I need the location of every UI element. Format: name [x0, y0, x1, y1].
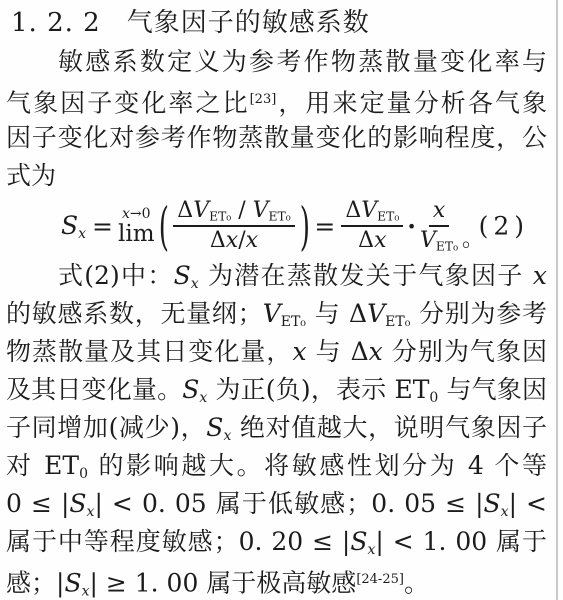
multiplication-dot: ·: [407, 212, 416, 241]
subscript-text: x: [191, 276, 199, 292]
math-variable: S: [69, 489, 86, 518]
text-segment: 与气象因: [438, 375, 547, 404]
math-variable: x: [122, 206, 130, 222]
paragraph-2-line-3: 物蒸散量及其日变化量，x 与 Δx 分别为气象因子: [6, 333, 547, 371]
text-segment: Δ: [210, 228, 226, 253]
math-variable: x: [374, 228, 386, 253]
text-segment: 。: [404, 568, 429, 597]
math-variable: V: [361, 198, 377, 223]
subscript-text: ET₀: [269, 209, 291, 223]
text-segment: 对 ET: [6, 451, 79, 480]
text-segment: 属于中等程度敏感；0. 20 ≤ |: [6, 527, 350, 556]
fraction-denominator: Δx/x: [210, 227, 258, 254]
math-variable: V: [253, 198, 269, 223]
equation-2: Sx = x→0 lim ( ΔVET₀ / VET₀ Δx/x ) = ΔVE…: [6, 195, 547, 257]
paragraph-2-line-7: 0 ≤ |Sx| < 0. 05 属于低敏感；0. 05 ≤ |Sx| < 0.…: [6, 485, 547, 523]
text-segment: ，用来定量分析各气象: [276, 88, 547, 117]
subscript-text: x: [501, 504, 509, 520]
fraction-denominator: Δx: [358, 227, 386, 254]
math-variable: S: [182, 375, 199, 404]
text-segment: 物蒸散量及其日变化量，: [6, 337, 292, 366]
paragraph-1-line-4: 式为: [6, 157, 547, 195]
text-segment: 的影响越大。将敏感性划分为 4 个等级：: [6, 451, 547, 485]
text-segment: Δ: [177, 198, 193, 223]
column-divider-line: [556, 0, 558, 600]
math-variable: S: [206, 413, 223, 442]
text-segment: 绝对值越大，说明气象因子: [231, 413, 547, 442]
left-parenthesis: (: [158, 196, 168, 255]
text-segment: 为正(负)，表示 ET: [207, 375, 429, 404]
equation-number: (2): [479, 212, 529, 241]
fraction-numerator: x: [429, 198, 449, 227]
paragraph-2-line-4: 及其日变化量。Sx 为正(负)，表示 ET0 与气象因: [6, 371, 547, 409]
limit-operator: x→0 lim: [118, 207, 155, 246]
text-segment: 子同增加(减少)，: [6, 413, 206, 442]
paragraph-1-line-2: 气象因子变化率之比[23]，用来定量分析各气象: [6, 81, 547, 119]
paragraph-1-line-1: 敏感系数定义为参考作物蒸散量变化率与: [6, 43, 547, 81]
subscript-text: ET₀: [385, 314, 410, 330]
reference-superscript: [24-25]: [356, 572, 404, 587]
math-variable: x: [433, 198, 445, 223]
subscript-text: x: [78, 225, 86, 241]
text-segment: 式(2)中：: [58, 261, 174, 290]
fraction-denominator: VET₀: [420, 227, 458, 254]
paragraph-2-line-8: 属于中等程度敏感；0. 20 ≤ |Sx| < 1. 00 属于高敏: [6, 523, 547, 561]
right-parenthesis: ): [299, 196, 309, 255]
text-segment: | ≥ 1. 00 属于极高敏感: [89, 568, 356, 597]
math-variable: x: [226, 228, 238, 253]
text-segment: 因子变化对参考作物蒸散量变化的影响程度，公: [6, 123, 547, 152]
math-variable: x: [533, 261, 547, 290]
math-variable: x: [246, 228, 258, 253]
text-segment: Δ: [345, 198, 361, 223]
paragraph-2-line-1: 式(2)中：Sx 为潜在蒸散发关于气象因子 x: [6, 257, 547, 295]
section-heading: 1. 2. 2气象因子的敏感系数: [6, 3, 547, 43]
math-variable: V: [367, 299, 385, 328]
math-variable: V: [263, 299, 281, 328]
paragraph-2-line-6: 对 ET0 的影响越大。将敏感性划分为 4 个等级：: [6, 447, 547, 485]
subscript-text: ET₀: [377, 209, 399, 223]
fraction-relative-ratio: ΔVET₀ / VET₀ Δx/x: [173, 198, 294, 254]
math-variable: S: [174, 261, 191, 290]
limit-superscript: x→0: [122, 207, 151, 221]
text-segment: /: [231, 198, 252, 223]
math-variable: x: [369, 337, 383, 366]
text-segment: Δ: [358, 228, 374, 253]
paragraph-2-line-5: 子同增加(减少)，Sx 绝对值越大，说明气象因子: [6, 409, 547, 447]
math-variable: S: [484, 489, 501, 518]
math-variable: S: [350, 527, 367, 556]
subscript-text: ET₀: [281, 314, 306, 330]
text-segment: →0: [130, 206, 151, 222]
text-segment: 及其日变化量。: [6, 375, 182, 404]
text-segment: 与 Δ: [306, 299, 367, 328]
subscript-text: ET₀: [436, 239, 458, 253]
equals-sign: =: [92, 212, 113, 241]
text-segment: 气象因子变化率之比: [6, 88, 250, 117]
math-variable: S: [64, 568, 81, 597]
equals-sign: =: [314, 212, 335, 241]
math-variable: S: [61, 211, 78, 240]
text-segment: /: [238, 228, 245, 253]
math-variable: V: [193, 198, 209, 223]
subscript-text: 0: [429, 390, 438, 406]
subscript-text: 0: [79, 466, 88, 482]
subscript-text: ET₀: [209, 209, 231, 223]
text-segment: 的敏感系数，无量纲；: [6, 299, 263, 328]
text-segment: 敏感系数定义为参考作物蒸散量变化率与: [58, 47, 547, 76]
paragraph-1-line-3: 因子变化对参考作物蒸散量变化的影响程度，公: [6, 119, 547, 157]
text-segment: 0 ≤ |: [6, 489, 69, 518]
section-number: 1. 2. 2: [11, 8, 101, 38]
math-variable: V: [420, 228, 436, 253]
text-segment: 式为: [6, 161, 56, 190]
fraction-numerator: ΔVET₀ / VET₀: [173, 198, 294, 227]
reference-superscript: [23]: [250, 92, 277, 107]
text-segment: 感；|: [6, 568, 64, 597]
paragraph-2-line-9: 感；|Sx| ≥ 1. 00 属于极高敏感[24-25]。: [6, 561, 547, 599]
text-segment: | < 0. 05 属于低敏感；0. 05 ≤ |: [94, 489, 483, 518]
equation-lhs-sx: Sx: [61, 211, 86, 242]
text-segment: 为潜在蒸散发关于气象因子: [199, 261, 533, 290]
section-title: 气象因子的敏感系数: [127, 8, 370, 38]
math-variable: x: [292, 337, 306, 366]
paragraph-2-line-2: 的敏感系数，无量纲；VET₀ 与 ΔVET₀ 分别为参考作: [6, 295, 547, 333]
text-segment: 与 Δ: [307, 337, 369, 366]
paper-page: 1. 2. 2气象因子的敏感系数 敏感系数定义为参考作物蒸散量变化率与 气象因子…: [0, 0, 563, 600]
fraction-delta-v: ΔVET₀ Δx: [341, 198, 403, 254]
fraction-numerator: ΔVET₀: [341, 198, 403, 227]
limit-word: lim: [118, 223, 155, 246]
fraction-x-over-v: x VET₀: [420, 198, 458, 254]
